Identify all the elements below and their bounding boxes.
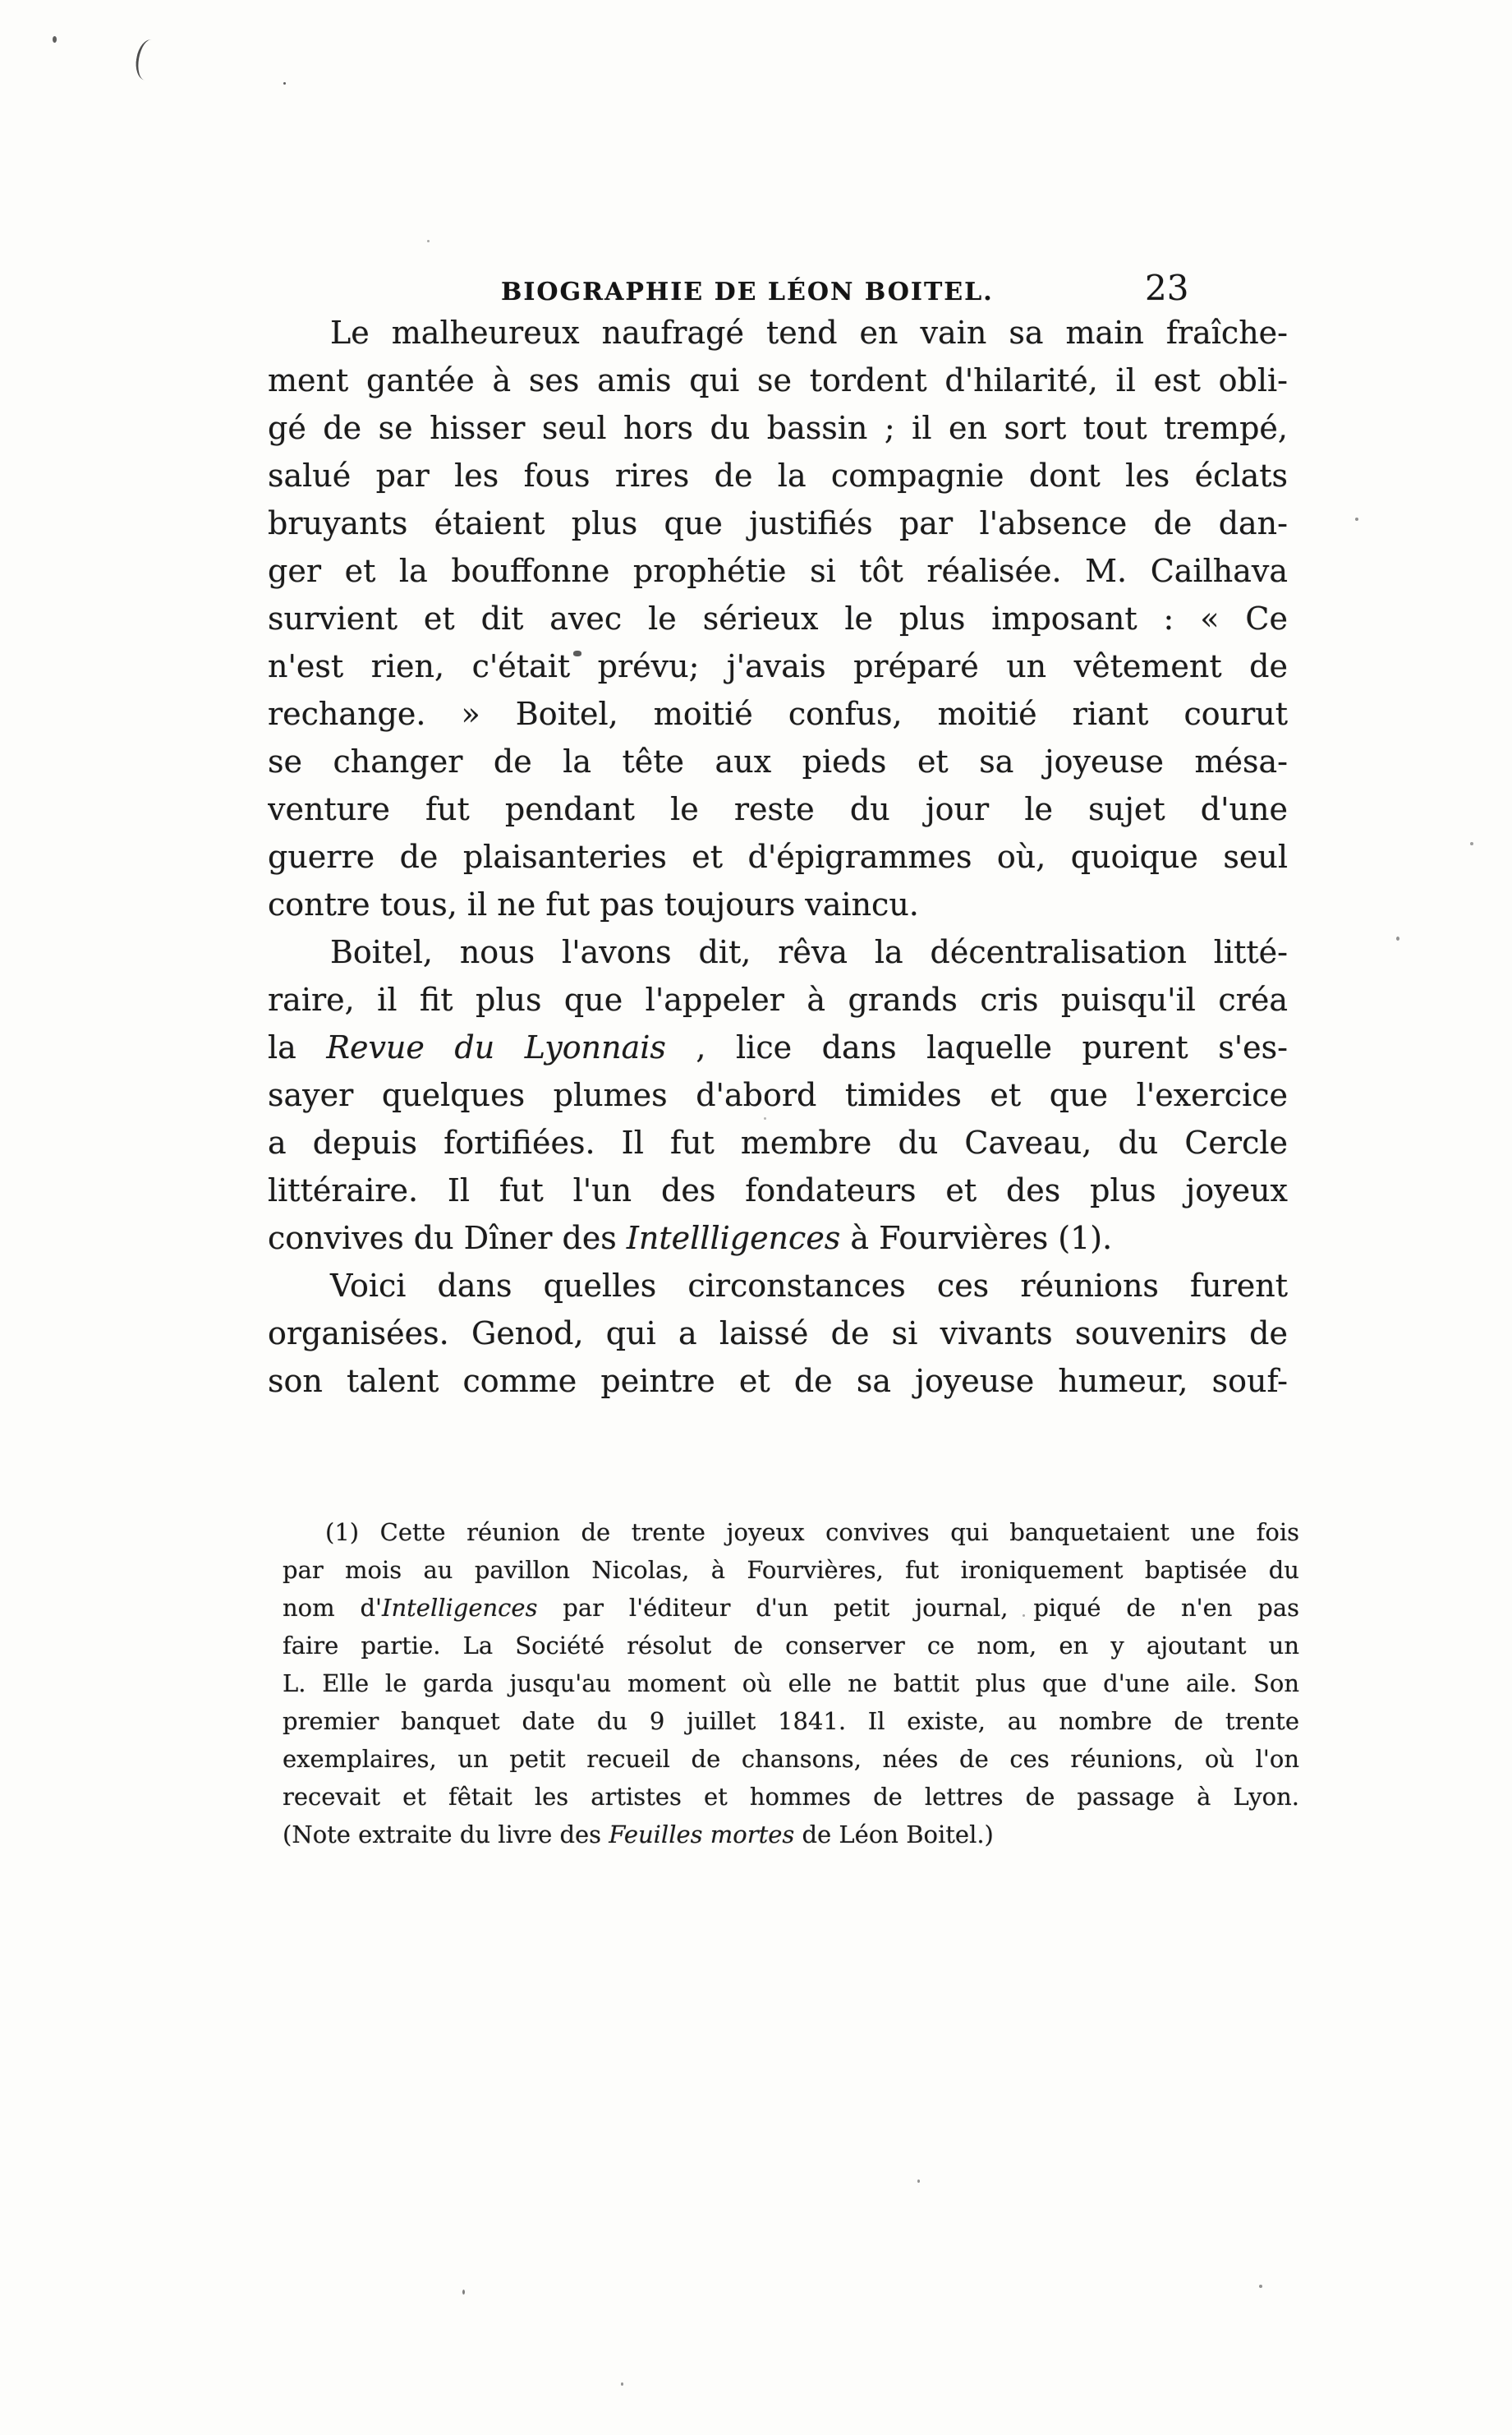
text-line: L. Elle le garda jusqu'au moment où elle… — [283, 1664, 1299, 1702]
text-line: par mois au pavillon Nicolas, à Fourvièr… — [283, 1551, 1299, 1589]
text-line: (1) Cette réunion de trente joyeux convi… — [283, 1513, 1299, 1551]
text-segment: premier banquet date du 9 juillet 1841. … — [283, 1707, 1299, 1735]
text-segment: (1) Cette réunion de trente joyeux convi… — [325, 1518, 1299, 1546]
text-line: convives du Dîner des Intellligences à F… — [268, 1214, 1288, 1262]
text-segment: faire partie. La Société résolut de cons… — [283, 1632, 1299, 1659]
scan-paren-mark — [133, 38, 163, 82]
text-segment: exemplaires, un petit recueil de chanson… — [283, 1745, 1299, 1773]
text-line: littéraire. Il fut l'un des fondateurs e… — [268, 1167, 1288, 1214]
text-segment: recevait et fêtait les artistes et homme… — [283, 1783, 1299, 1811]
text-segment: sayer quelques plumes d'abord timides et… — [268, 1077, 1288, 1113]
text-segment: à Fourvières (1). — [840, 1220, 1112, 1256]
scan-speck — [1259, 2285, 1262, 2288]
text-segment: Voici dans quelles circonstances ces réu… — [330, 1268, 1288, 1304]
text-segment: se changer de la tête aux pieds et sa jo… — [268, 743, 1288, 780]
text-segment: bruyants étaient plus que justifiés par … — [268, 505, 1288, 541]
text-line: exemplaires, un petit recueil de chanson… — [283, 1740, 1299, 1778]
text-line: la Revue du Lyonnais , lice dans laquell… — [268, 1024, 1288, 1071]
scan-speck — [427, 240, 430, 242]
text-segment: ment gantée à ses amis qui se tordent d'… — [268, 362, 1288, 398]
text-line: ger et la bouffonne prophétie si tôt réa… — [268, 547, 1288, 595]
text-line: n'est rien, c'était prévu; j'avais prépa… — [268, 642, 1288, 690]
scan-speck — [1470, 842, 1473, 845]
text-line: survient et dit avec le sérieux le plus … — [268, 595, 1288, 642]
text-line: organisées. Genod, qui a laissé de si vi… — [268, 1310, 1288, 1357]
text-segment: Le malheureux naufragé tend en vain sa m… — [330, 315, 1288, 351]
text-line: sayer quelques plumes d'abord timides et… — [268, 1071, 1288, 1119]
text-line: ment gantée à ses amis qui se tordent d'… — [268, 357, 1288, 404]
text-segment: contre tous, il ne fut pas toujours vain… — [268, 886, 919, 923]
text-line: bruyants étaient plus que justifiés par … — [268, 499, 1288, 547]
italic-text-segment: Intellligences — [627, 1220, 840, 1256]
text-line: nom d'Intelligences par l'éditeur d'un p… — [283, 1589, 1299, 1627]
italic-text-segment: Feuilles mortes — [609, 1820, 794, 1848]
text-line: recevait et fêtait les artistes et homme… — [283, 1778, 1299, 1816]
scan-speck — [1355, 518, 1358, 521]
paragraph: (1) Cette réunion de trente joyeux convi… — [283, 1513, 1299, 1853]
text-line: raire, il fit plus que l'appeler à grand… — [268, 976, 1288, 1024]
main-text-block: Le malheureux naufragé tend en vain sa m… — [268, 309, 1288, 1405]
text-line: rechange. » Boitel, moitié confus, moiti… — [268, 690, 1288, 738]
text-segment: rechange. » Boitel, moitié confus, moiti… — [268, 696, 1288, 732]
italic-text-segment: Intelligences — [382, 1594, 537, 1622]
text-line: Voici dans quelles circonstances ces réu… — [268, 1262, 1288, 1310]
text-line: Le malheureux naufragé tend en vain sa m… — [268, 309, 1288, 357]
text-line: Boitel, nous l'avons dit, rêva la décent… — [268, 928, 1288, 976]
text-line: a depuis fortifiées. Il fut membre du Ca… — [268, 1119, 1288, 1167]
scan-speck — [283, 82, 286, 85]
text-line: (Note extraite du livre des Feuilles mor… — [283, 1816, 1299, 1853]
scan-speck — [764, 1117, 766, 1120]
scan-speck — [917, 2180, 920, 2183]
scan-speck — [271, 674, 274, 677]
text-line: salué par les fous rires de la compagnie… — [268, 452, 1288, 499]
text-segment: L. Elle le garda jusqu'au moment où elle… — [283, 1669, 1299, 1697]
text-line: se changer de la tête aux pieds et sa jo… — [268, 738, 1288, 785]
scan-smudge — [573, 651, 581, 656]
text-segment: de Léon Boitel.) — [794, 1820, 994, 1848]
scan-speck — [1396, 937, 1399, 941]
paragraph: Le malheureux naufragé tend en vain sa m… — [268, 309, 1288, 928]
scan-speck — [621, 2382, 623, 2386]
text-segment: par l'éditeur d'un petit journal, piqué … — [537, 1594, 1299, 1622]
text-segment: son talent comme peintre et de sa joyeus… — [268, 1363, 1288, 1399]
text-segment: survient et dit avec le sérieux le plus … — [268, 601, 1288, 637]
text-line: gé de se hisser seul hors du bassin ; il… — [268, 404, 1288, 452]
text-segment: venture fut pendant le reste du jour le … — [268, 791, 1288, 827]
text-segment: la — [268, 1029, 326, 1066]
scan-speck — [462, 2290, 465, 2295]
italic-text-segment: Revue du Lyonnais — [326, 1029, 666, 1066]
text-line: son talent comme peintre et de sa joyeus… — [268, 1357, 1288, 1405]
text-segment: gé de se hisser seul hors du bassin ; il… — [268, 410, 1288, 446]
footnote-block: (1) Cette réunion de trente joyeux convi… — [283, 1513, 1299, 1853]
text-segment: guerre de plaisanteries et d'épigrammes … — [268, 839, 1288, 875]
running-header-title: BIOGRAPHIE DE LÉON BOITEL. — [501, 278, 961, 306]
text-segment: a depuis fortifiées. Il fut membre du Ca… — [268, 1125, 1288, 1161]
text-line: contre tous, il ne fut pas toujours vain… — [268, 881, 1288, 928]
text-segment: Boitel, nous l'avons dit, rêva la décent… — [330, 934, 1288, 970]
text-line: premier banquet date du 9 juillet 1841. … — [283, 1702, 1299, 1740]
text-line: faire partie. La Société résolut de cons… — [283, 1627, 1299, 1664]
text-segment: nom d' — [283, 1594, 382, 1622]
page-number: 23 — [1145, 268, 1188, 308]
text-segment: , lice dans laquelle purent s'es- — [666, 1029, 1288, 1066]
text-segment: par mois au pavillon Nicolas, à Fourvièr… — [283, 1556, 1299, 1584]
paragraph: Boitel, nous l'avons dit, rêva la décent… — [268, 928, 1288, 1262]
text-line: guerre de plaisanteries et d'épigrammes … — [268, 833, 1288, 881]
text-segment: salué par les fous rires de la compagnie… — [268, 458, 1288, 494]
scan-speck — [1023, 1614, 1025, 1617]
text-segment: organisées. Genod, qui a laissé de si vi… — [268, 1315, 1288, 1351]
paragraph: Voici dans quelles circonstances ces réu… — [268, 1262, 1288, 1405]
text-segment: ger et la bouffonne prophétie si tôt réa… — [268, 553, 1288, 589]
scanned-book-page: BIOGRAPHIE DE LÉON BOITEL. 23 Le malheur… — [0, 0, 1512, 2435]
text-line: venture fut pendant le reste du jour le … — [268, 785, 1288, 833]
text-segment: littéraire. Il fut l'un des fondateurs e… — [268, 1172, 1288, 1208]
text-segment: n'est rien, c'était prévu; j'avais prépa… — [268, 648, 1288, 684]
scan-speck — [53, 36, 57, 43]
text-segment: raire, il fit plus que l'appeler à grand… — [268, 982, 1288, 1018]
text-segment: (Note extraite du livre des — [283, 1820, 609, 1848]
text-segment: convives du Dîner des — [268, 1220, 627, 1256]
